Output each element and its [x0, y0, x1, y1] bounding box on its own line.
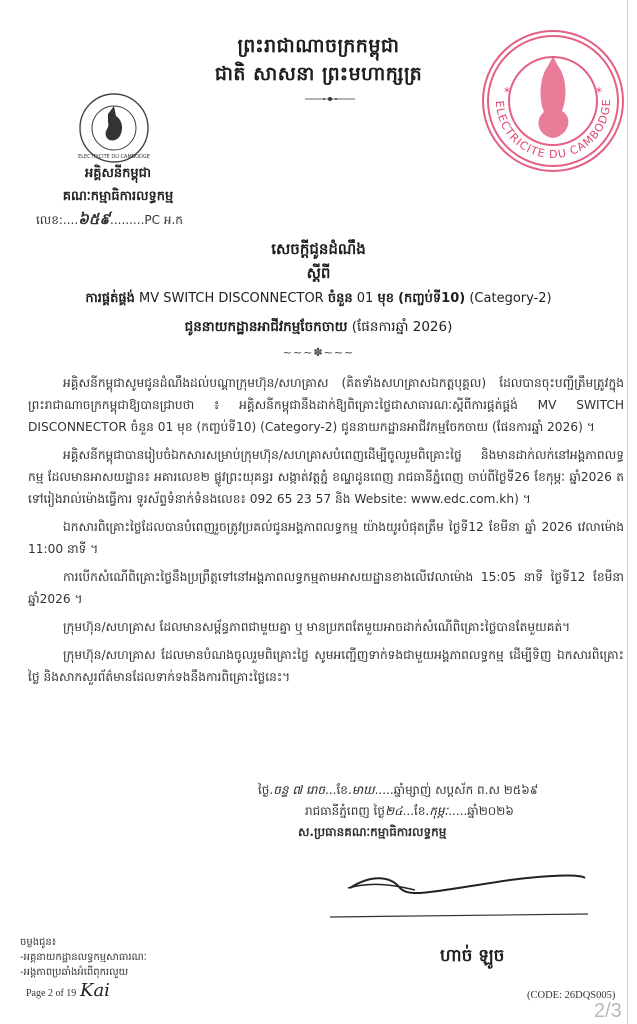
paragraph-submission-deadline: ឯកសារពិគ្រោះថ្លៃដែលបានបំពេញរួចត្រូវប្រគល…: [28, 516, 624, 560]
signature-icon: [330, 870, 600, 930]
issuer-name: អគ្គិសនីកម្ពុជា: [28, 165, 208, 184]
date-block: ថ្ងៃ.ចន្ទ ៧ រោច...ខែ.មាឃ.....ឆ្នាំម្សាញ់…: [250, 780, 630, 843]
svg-text:ELECTRICITE DU CAMBODGE: ELECTRICITE DU CAMBODGE: [78, 154, 150, 160]
paragraph-bid-opening: ការបើកសំណើពិគ្រោះថ្លៃនឹងប្រព្រឹត្តទៅនៅអង…: [28, 566, 624, 610]
ref-suffix: PC អ.ក: [144, 213, 182, 227]
svg-text:*: *: [596, 85, 602, 99]
cc-item: -អង្គភាពប្រឆាំងអំពើពុករលួយ: [20, 965, 147, 980]
cc-list: ចម្លងជូន៖ -អគ្គនាយកដ្ឋានលទ្ធកម្មសាធារណៈ …: [20, 935, 147, 980]
signatory-title: ស.ប្រធានគណៈកម្មាធិការលទ្ធកម្ម: [250, 822, 630, 843]
reference-number-line: លេខ:....៦៥៩.........PC អ.ក: [36, 210, 183, 232]
notice-recipient-line: ជូននាយកដ្ឋានអាជីវកម្មចែកចាយ (ផែនការឆ្នាំ…: [0, 318, 637, 338]
lunar-date-line: ថ្ងៃ.ចន្ទ ៧ រោច...ខែ.មាឃ.....ឆ្នាំម្សាញ់…: [250, 780, 630, 801]
viewer-page-indicator: 2/3: [594, 1000, 622, 1023]
issuer-block: អគ្គិសនីកម្ពុជា គណៈកម្មាធិការលទ្ធកម្ម: [28, 165, 208, 207]
cc-label: ចម្លងជូន៖: [20, 935, 147, 950]
official-seal-icon: ELECTRICITE DU CAMBODGE * *: [478, 26, 628, 176]
paragraph-contact: ក្រុមហ៊ុន/សហគ្រាស ដែលមានបំណងចូលរួមពិគ្រោ…: [28, 644, 624, 688]
edc-logo-icon: ELECTRICITE DU CAMBODGE: [78, 92, 150, 164]
gregorian-date-line: រាជធានីភ្នំពេញ ថ្ងៃ២៤...ខែ.កុម្ភៈ.....ឆ្…: [250, 801, 630, 822]
notice-subject-line: ការផ្គត់ផ្គង់ MV SWITCH DISCONNECTOR ចំន…: [0, 290, 637, 309]
paragraph-announcement: អគ្គិសនីកម្ពុជាសូមជូនដំណឹងដល់បណ្ដាក្រុមហ…: [28, 372, 624, 438]
title-separator: ~~~✽~~~: [0, 346, 637, 359]
paragraph-single-bid-rule: ក្រុមហ៊ុន/សហគ្រាស ដែលមានសម្ព័ន្ធភាពជាមួយ…: [28, 616, 624, 638]
signer-name: ហាច់ ឡូច: [440, 945, 504, 970]
notice-title: សេចក្តីជូនដំណឹង: [0, 240, 637, 262]
notice-body: អគ្គិសនីកម្ពុជាសូមជូនដំណឹងដល់បណ្ដាក្រុមហ…: [28, 372, 624, 694]
notice-subject-label: ស្តីពី: [0, 264, 637, 286]
ref-number: ៦៥៩: [78, 210, 110, 228]
ornament-divider-icon: [305, 96, 355, 102]
svg-text:*: *: [504, 85, 510, 99]
cc-item: -អគ្គនាយកដ្ឋានលទ្ធកម្មសាធារណៈ: [20, 950, 147, 965]
page-number: Page 2 of 19: [26, 988, 76, 999]
paragraph-document-sale: អគ្គិសនីកម្ពុជាបានរៀបចំឯកសារសម្រាប់ក្រុម…: [28, 444, 624, 510]
ref-label: លេខ:: [36, 213, 63, 227]
committee-name: គណៈកម្មាធិការលទ្ធកម្ម: [28, 188, 208, 207]
handwritten-initials: Kai: [80, 980, 110, 1001]
